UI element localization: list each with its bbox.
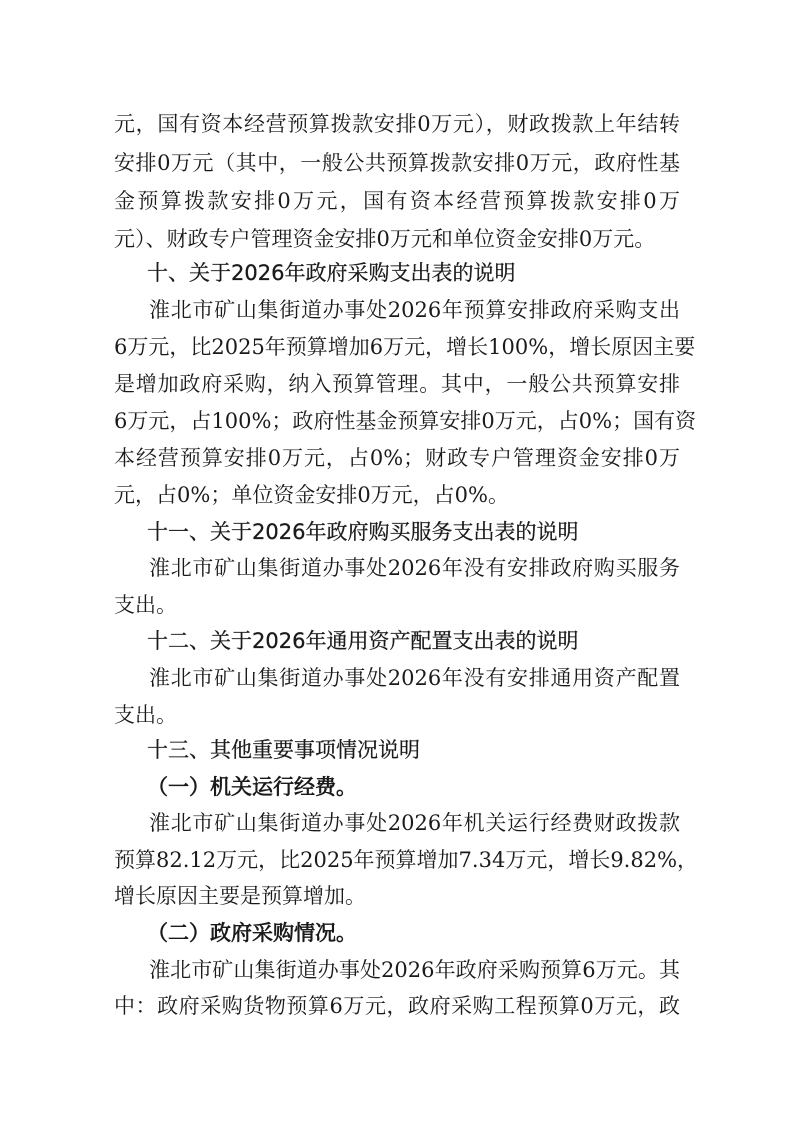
subheading-office-operating-costs: （一）机关运行经费。 — [147, 769, 707, 805]
section-heading-10: 十、关于2026年政府采购支出表的说明 — [147, 255, 707, 291]
paragraph-line: 元，占0%；单位资金安排0万元，占0%。 — [114, 477, 680, 513]
paragraph-line: 淮北市矿山集街道办事处2026年没有安排政府购买服务 — [149, 550, 680, 586]
paragraph-line: 增长原因主要是预算增加。 — [114, 878, 680, 914]
paragraph-line: 元）、财政专户管理资金安排0万元和单位资金安排0万元。 — [114, 221, 680, 257]
paragraph-line: 本经营预算安排0万元，占0%；财政专户管理资金安排0万 — [114, 440, 680, 476]
paragraph-line: 中：政府采购货物预算6万元，政府采购工程预算0万元，政 — [114, 988, 680, 1024]
paragraph-line: 预算82.12万元，比2025年预算增加7.34万元，增长9.82%， — [114, 842, 680, 878]
paragraph-line: 淮北市矿山集街道办事处2026年预算安排政府采购支出 — [149, 292, 680, 328]
paragraph-line: 6万元，占100%；政府性基金预算安排0万元，占0%；国有资 — [114, 403, 680, 439]
paragraph-line: 支出。 — [114, 587, 680, 623]
paragraph-line: 6万元，比2025年预算增加6万元，增长100%，增长原因主要 — [114, 329, 680, 365]
paragraph-line: 元，国有资本经营预算拨款安排0万元），财政拨款上年结转 — [114, 106, 680, 142]
section-heading-11: 十一、关于2026年政府购买服务支出表的说明 — [147, 514, 707, 550]
paragraph-line: 安排0万元（其中，一般公共预算拨款安排0万元，政府性基 — [114, 145, 680, 181]
document-page: 元，国有资本经营预算拨款安排0万元），财政拨款上年结转 安排0万元（其中，一般公… — [0, 0, 793, 1122]
paragraph-line: 金预算拨款安排0万元，国有资本经营预算拨款安排0万 — [114, 183, 680, 219]
paragraph-line: 淮北市矿山集街道办事处2026年没有安排通用资产配置 — [149, 660, 680, 696]
section-heading-13: 十三、其他重要事项情况说明 — [147, 732, 707, 768]
paragraph-line: 是增加政府采购，纳入预算管理。其中，一般公共预算安排 — [114, 366, 680, 402]
subheading-government-procurement: （二）政府采购情况。 — [147, 915, 707, 951]
section-heading-12: 十二、关于2026年通用资产配置支出表的说明 — [147, 623, 707, 659]
paragraph-line: 支出。 — [114, 697, 680, 733]
paragraph-line: 淮北市矿山集街道办事处2026年政府采购预算6万元。其 — [149, 952, 680, 988]
paragraph-line: 淮北市矿山集街道办事处2026年机关运行经费财政拨款 — [149, 805, 680, 841]
